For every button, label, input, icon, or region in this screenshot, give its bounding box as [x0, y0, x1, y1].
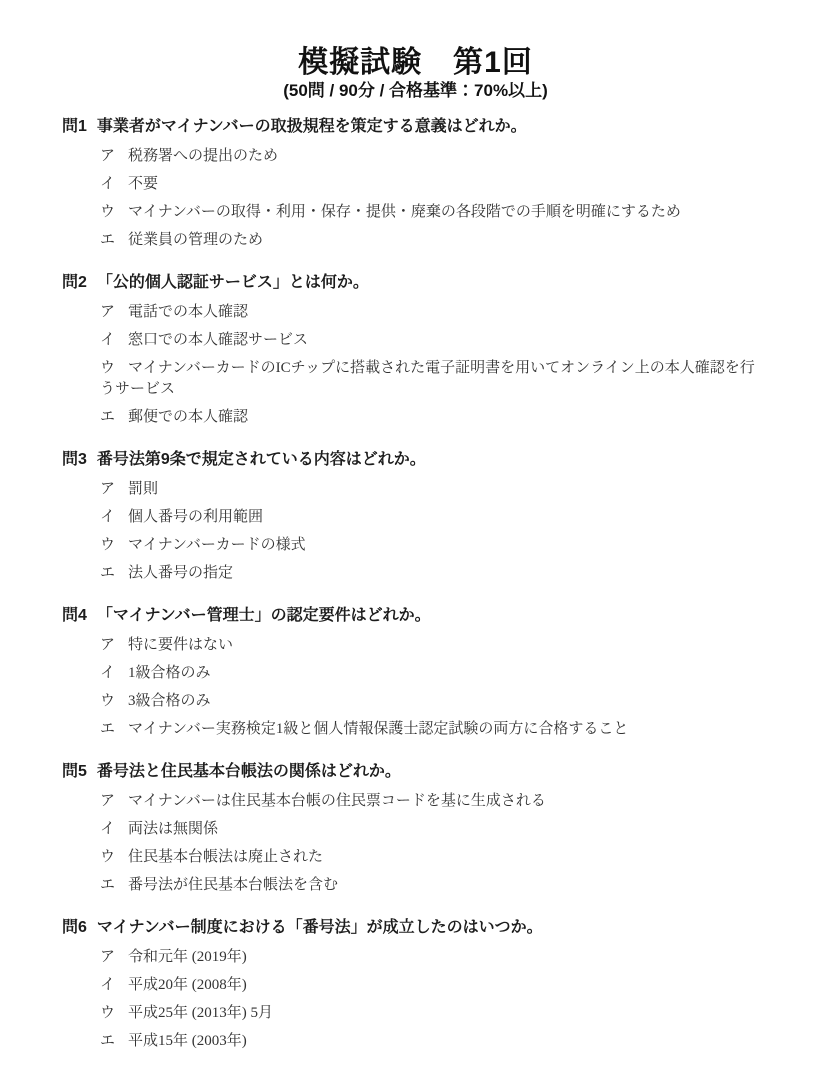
option-list: ア特に要件はない イ1級合格のみ ウ3級合格のみ エマイナンバー実務検定1級と個…: [100, 635, 766, 740]
exam-header: 模擬試験 第1回 (50問 / 90分 / 合格基準：70%以上): [62, 44, 769, 100]
option-label: エ: [100, 565, 128, 581]
answer-option: ウマイナンバーの取得・利用・保存・提供・廃棄の各段階での手順を明確にするため: [100, 202, 766, 223]
option-label: イ: [100, 176, 128, 192]
question-block: 問4「マイナンバー管理士」の認定要件はどれか。 ア特に要件はない イ1級合格のみ…: [62, 605, 769, 740]
answer-option: イ不要: [100, 174, 766, 195]
option-label: ウ: [100, 693, 128, 709]
option-text: 郵便での本人確認: [128, 409, 248, 425]
option-text: マイナンバーは住民基本台帳の住民票コードを基に生成される: [128, 793, 546, 809]
question-block: 問2「公的個人認証サービス」とは何か。 ア電話での本人確認 イ窓口での本人確認サ…: [62, 272, 769, 428]
answer-option: ア令和元年 (2019年): [100, 947, 766, 968]
option-label: エ: [100, 232, 128, 248]
option-label: ア: [100, 637, 128, 653]
option-text: マイナンバー実務検定1級と個人情報保護士認定試験の両方に合格すること: [128, 721, 628, 737]
question-number: 問5: [62, 763, 87, 780]
option-list: ア税務署への提出のため イ不要 ウマイナンバーの取得・利用・保存・提供・廃棄の各…: [100, 146, 766, 251]
option-label: ア: [100, 949, 128, 965]
exam-page: 模擬試験 第1回 (50問 / 90分 / 合格基準：70%以上) 問1事業者が…: [0, 0, 827, 1080]
answer-option: イ1級合格のみ: [100, 663, 766, 684]
option-text: 罰則: [128, 481, 158, 497]
question-heading: 問6マイナンバー制度における「番号法」が成立したのはいつか。: [62, 917, 769, 938]
question-heading: 問5番号法と住民基本台帳法の関係はどれか。: [62, 761, 769, 782]
option-text: 両法は無関係: [128, 821, 218, 837]
option-text: 平成15年 (2003年): [128, 1033, 247, 1049]
question-heading: 問1事業者がマイナンバーの取扱規程を策定する意義はどれか。: [62, 116, 769, 137]
option-text: 3級合格のみ: [128, 693, 211, 709]
option-text: 不要: [128, 176, 158, 192]
option-label: イ: [100, 509, 128, 525]
answer-option: エ平成15年 (2003年): [100, 1031, 766, 1052]
answer-option: ア電話での本人確認: [100, 302, 766, 323]
option-text: マイナンバーカードのICチップに搭載された電子証明書を用いてオンライン上の本人確…: [100, 360, 755, 397]
question-heading: 問4「マイナンバー管理士」の認定要件はどれか。: [62, 605, 769, 626]
answer-option: アマイナンバーは住民基本台帳の住民票コードを基に生成される: [100, 791, 766, 812]
option-text: 個人番号の利用範囲: [128, 509, 263, 525]
question-number: 問2: [62, 274, 87, 291]
option-list: ア罰則 イ個人番号の利用範囲 ウマイナンバーカードの様式 エ法人番号の指定: [100, 479, 766, 584]
question-number: 問4: [62, 607, 87, 624]
question-text: マイナンバー制度における「番号法」が成立したのはいつか。: [97, 919, 543, 936]
option-list: ア令和元年 (2019年) イ平成20年 (2008年) ウ平成25年 (201…: [100, 947, 766, 1052]
question-number: 問1: [62, 118, 87, 135]
option-text: 平成20年 (2008年): [128, 977, 247, 993]
answer-option: イ個人番号の利用範囲: [100, 507, 766, 528]
question-block: 問6マイナンバー制度における「番号法」が成立したのはいつか。 ア令和元年 (20…: [62, 917, 769, 1052]
answer-option: ウマイナンバーカードの様式: [100, 535, 766, 556]
question-heading: 問2「公的個人認証サービス」とは何か。: [62, 272, 769, 293]
answer-option: イ窓口での本人確認サービス: [100, 330, 766, 351]
question-heading: 問3番号法第9条で規定されている内容はどれか。: [62, 449, 769, 470]
option-label: ア: [100, 304, 128, 320]
answer-option: エマイナンバー実務検定1級と個人情報保護士認定試験の両方に合格すること: [100, 719, 766, 740]
answer-option: イ平成20年 (2008年): [100, 975, 766, 996]
answer-option: ウ住民基本台帳法は廃止された: [100, 847, 766, 868]
option-label: エ: [100, 409, 128, 425]
question-text: 番号法と住民基本台帳法の関係はどれか。: [97, 763, 401, 780]
option-label: ア: [100, 793, 128, 809]
option-label: ウ: [100, 1005, 128, 1021]
option-label: ウ: [100, 537, 128, 553]
option-label: エ: [100, 877, 128, 893]
answer-option: ア特に要件はない: [100, 635, 766, 656]
option-text: 番号法が住民基本台帳法を含む: [128, 877, 338, 893]
option-label: イ: [100, 332, 128, 348]
option-label: ウ: [100, 849, 128, 865]
question-text: 「マイナンバー管理士」の認定要件はどれか。: [97, 607, 431, 624]
answer-option: エ法人番号の指定: [100, 563, 766, 584]
answer-option: エ従業員の管理のため: [100, 230, 766, 251]
question-text: 番号法第9条で規定されている内容はどれか。: [97, 451, 426, 468]
option-text: 窓口での本人確認サービス: [128, 332, 308, 348]
option-text: 平成25年 (2013年) 5月: [128, 1005, 273, 1021]
option-text: マイナンバーカードの様式: [128, 537, 306, 553]
option-label: イ: [100, 665, 128, 681]
option-list: アマイナンバーは住民基本台帳の住民票コードを基に生成される イ両法は無関係 ウ住…: [100, 791, 766, 896]
answer-option: ア税務署への提出のため: [100, 146, 766, 167]
option-text: 税務署への提出のため: [128, 148, 278, 164]
option-label: イ: [100, 821, 128, 837]
exam-title: 模擬試験 第1回: [62, 44, 769, 81]
option-text: 法人番号の指定: [128, 565, 233, 581]
option-text: 1級合格のみ: [128, 665, 211, 681]
question-text: 事業者がマイナンバーの取扱規程を策定する意義はどれか。: [97, 118, 527, 135]
question-block: 問5番号法と住民基本台帳法の関係はどれか。 アマイナンバーは住民基本台帳の住民票…: [62, 761, 769, 896]
answer-option: ウ3級合格のみ: [100, 691, 766, 712]
option-text: 電話での本人確認: [128, 304, 248, 320]
exam-subtitle: (50問 / 90分 / 合格基準：70%以上): [62, 81, 769, 100]
answer-option: エ郵便での本人確認: [100, 407, 766, 428]
option-label: イ: [100, 977, 128, 993]
option-text: 住民基本台帳法は廃止された: [128, 849, 323, 865]
option-label: ア: [100, 481, 128, 497]
answer-option: ア罰則: [100, 479, 766, 500]
option-text: 令和元年 (2019年): [128, 949, 247, 965]
question-text: 「公的個人認証サービス」とは何か。: [97, 274, 369, 291]
question-number: 問3: [62, 451, 87, 468]
option-text: マイナンバーの取得・利用・保存・提供・廃棄の各段階での手順を明確にするため: [128, 204, 681, 220]
answer-option: イ両法は無関係: [100, 819, 766, 840]
option-label: ウ: [100, 360, 128, 376]
option-label: ウ: [100, 204, 128, 220]
option-label: エ: [100, 1033, 128, 1049]
answer-option: ウ平成25年 (2013年) 5月: [100, 1003, 766, 1024]
question-list: 問1事業者がマイナンバーの取扱規程を策定する意義はどれか。 ア税務署への提出のた…: [62, 116, 769, 1052]
question-block: 問3番号法第9条で規定されている内容はどれか。 ア罰則 イ個人番号の利用範囲 ウ…: [62, 449, 769, 584]
question-block: 問1事業者がマイナンバーの取扱規程を策定する意義はどれか。 ア税務署への提出のた…: [62, 116, 769, 251]
answer-option: ウマイナンバーカードのICチップに搭載された電子証明書を用いてオンライン上の本人…: [100, 358, 766, 400]
answer-option: エ番号法が住民基本台帳法を含む: [100, 875, 766, 896]
option-label: エ: [100, 721, 128, 737]
option-label: ア: [100, 148, 128, 164]
option-text: 特に要件はない: [128, 637, 233, 653]
question-number: 問6: [62, 919, 87, 936]
option-list: ア電話での本人確認 イ窓口での本人確認サービス ウマイナンバーカードのICチップ…: [100, 302, 766, 428]
option-text: 従業員の管理のため: [128, 232, 263, 248]
